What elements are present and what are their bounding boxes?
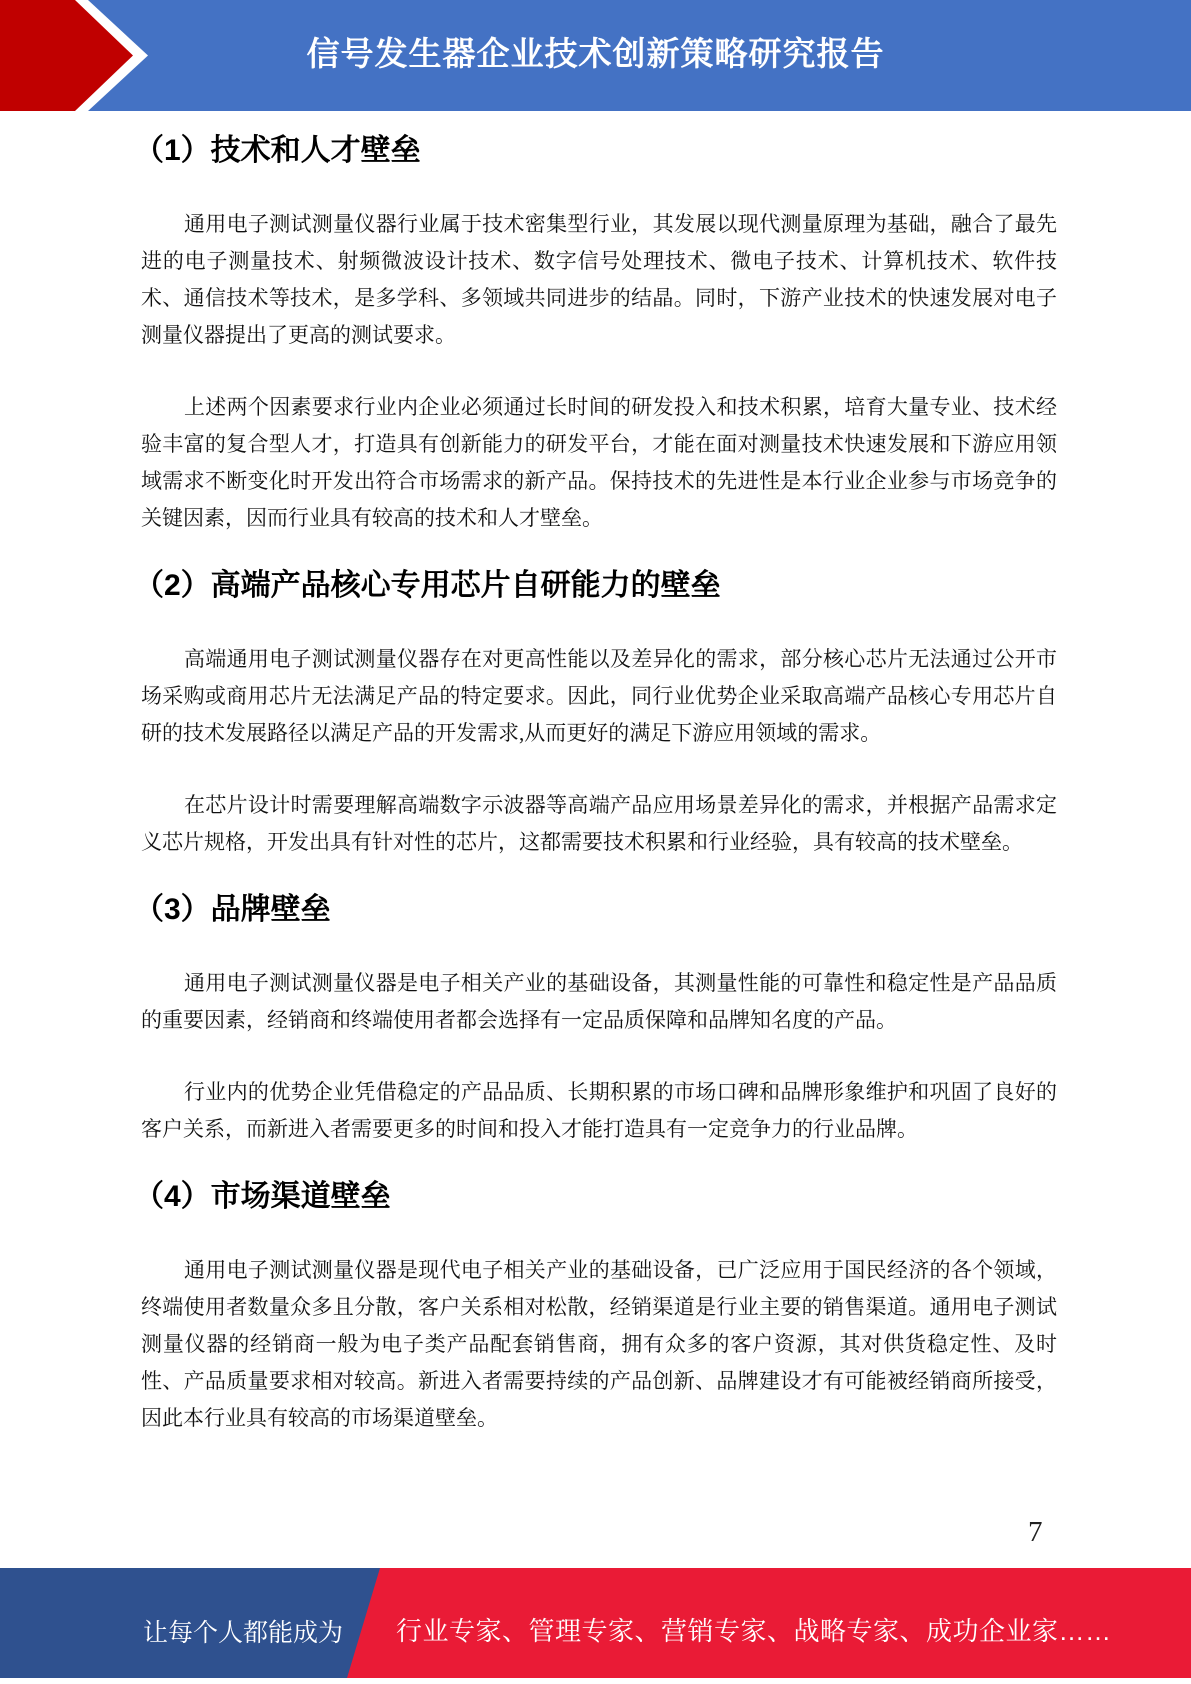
section-heading: （1）技术和人才壁垒: [134, 131, 1057, 171]
page-number: 7: [1028, 1516, 1043, 1549]
body-paragraph: 高端通用电子测试测量仪器存在对更高性能以及差异化的需求，部分核心芯片无法通过公开…: [141, 641, 1057, 752]
section-technology-talent-barrier: （1）技术和人才壁垒 通用电子测试测量仪器行业属于技术密集型行业，其发展以现代测…: [141, 131, 1057, 537]
section-heading: （3）品牌壁垒: [134, 890, 1057, 930]
section-market-channel-barrier: （4）市场渠道壁垒 通用电子测试测量仪器是现代电子相关产业的基础设备，已广泛应用…: [141, 1177, 1057, 1437]
page-footer: 让每个人都能成为 行业专家、管理专家、营销专家、战略专家、成功企业家……: [0, 1568, 1191, 1678]
page-title: 信号发生器企业技术创新策略研究报告: [0, 0, 1191, 111]
section-heading: （4）市场渠道壁垒: [134, 1177, 1057, 1217]
content-area: （1）技术和人才壁垒 通用电子测试测量仪器行业属于技术密集型行业，其发展以现代测…: [0, 111, 1191, 1437]
section-heading: （2）高端产品核心专用芯片自研能力的壁垒: [134, 566, 1057, 606]
page-header: 信号发生器企业技术创新策略研究报告: [0, 0, 1191, 111]
body-paragraph: 在芯片设计时需要理解高端数字示波器等高端产品应用场景差异化的需求，并根据产品需求…: [141, 787, 1057, 861]
body-paragraph: 行业内的优势企业凭借稳定的产品品质、长期积累的市场口碑和品牌形象维护和巩固了良好…: [141, 1074, 1057, 1148]
body-paragraph: 通用电子测试测量仪器是现代电子相关产业的基础设备，已广泛应用于国民经济的各个领域…: [141, 1252, 1057, 1437]
body-paragraph: 通用电子测试测量仪器是电子相关产业的基础设备，其测量性能的可靠性和稳定性是产品品…: [141, 965, 1057, 1039]
body-paragraph: 上述两个因素要求行业内企业必须通过长时间的研发投入和技术积累，培育大量专业、技术…: [141, 389, 1057, 537]
section-brand-barrier: （3）品牌壁垒 通用电子测试测量仪器是电子相关产业的基础设备，其测量性能的可靠性…: [141, 890, 1057, 1148]
report-page: 信号发生器企业技术创新策略研究报告 （1）技术和人才壁垒 通用电子测试测量仪器行…: [0, 0, 1191, 1684]
body-paragraph: 通用电子测试测量仪器行业属于技术密集型行业，其发展以现代测量原理为基础，融合了最…: [141, 206, 1057, 354]
section-chip-selfdev-barrier: （2）高端产品核心专用芯片自研能力的壁垒 高端通用电子测试测量仪器存在对更高性能…: [141, 566, 1057, 861]
footer-slogan-left: 让每个人都能成为: [143, 1613, 343, 1649]
footer-slogan-right: 行业专家、管理专家、营销专家、战略专家、成功企业家……: [396, 1611, 1112, 1648]
